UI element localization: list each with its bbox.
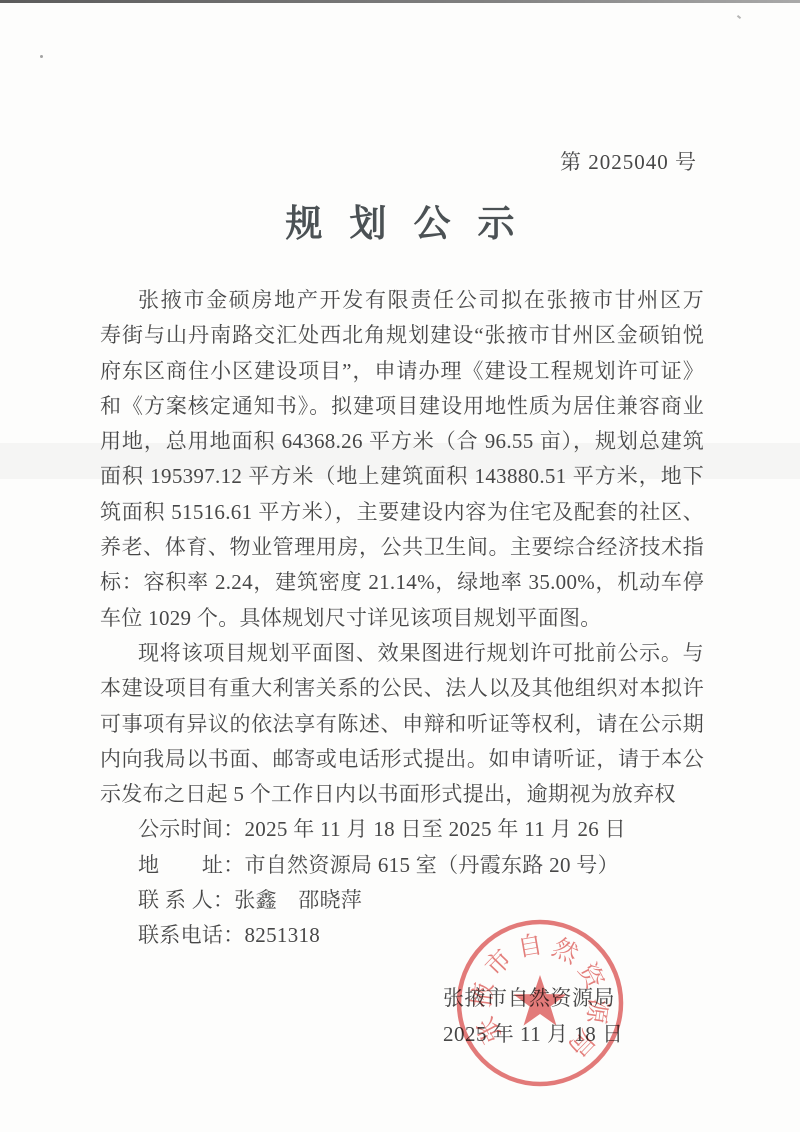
body-line: 筑面积 51516.61 平方米），主要建设内容为住宅及配套的社区、 <box>100 495 704 530</box>
scan-speck <box>737 15 741 19</box>
address-line: 地 址：市自然资源局 615 室（丹霞东路 20 号） <box>100 848 704 883</box>
body-line: 标：容积率 2.24，建筑密度 21.14%，绿地率 35.00%，机动车停 <box>100 565 704 600</box>
body-line: 寿街与山丹南路交汇处西北角规划建设“张掖市甘州区金硕铂悦 <box>100 318 704 353</box>
body-line: 现将该项目规划平面图、效果图进行规划许可批前公示。与 <box>100 636 704 671</box>
svg-text:自: 自 <box>515 930 544 962</box>
page-title: 规划公示 <box>0 202 800 248</box>
scanned-notice-page: 第 2025040 号 规划公示 张掖市金硕房地产开发有限责任公司拟在张掖市甘州… <box>0 0 800 1132</box>
scan-speck <box>40 55 43 58</box>
notice-period-line: 公示时间：2025 年 11 月 18 日至 2025 年 11 月 26 日 <box>100 812 704 847</box>
document-number: 第 2025040 号 <box>560 149 697 175</box>
seal-star-icon <box>513 975 566 1026</box>
official-seal-stamp: 张掖市自然资源局 <box>440 903 640 1103</box>
body-line: 内向我局以书面、邮寄或电话形式提出。如申请听证，请于本公 <box>100 742 704 777</box>
body-line: 和《方案核定通知书》。拟建项目建设用地性质为居住兼容商业 <box>100 389 704 424</box>
scan-edge-artifact <box>0 0 800 3</box>
svg-text:源: 源 <box>581 997 612 1027</box>
body-line: 养老、体育、物业管理用房，公共卫生间。主要综合经济技术指 <box>100 530 704 565</box>
notice-body: 张掖市金硕房地产开发有限责任公司拟在张掖市甘州区万 寿街与山丹南路交汇处西北角规… <box>100 283 704 954</box>
body-line: 府东区商住小区建设项目”，申请办理《建设工程规划许可证》 <box>100 354 704 389</box>
body-line: 本建设项目有重大利害关系的公民、法人以及其他组织对本拟许 <box>100 671 704 706</box>
body-line: 可事项有异议的依法享有陈述、申辩和听证等权利，请在公示期 <box>100 707 704 742</box>
svg-text:市: 市 <box>480 944 518 981</box>
svg-text:局: 局 <box>563 1024 600 1061</box>
body-line: 张掖市金硕房地产开发有限责任公司拟在张掖市甘州区万 <box>100 283 704 318</box>
body-line: 面积 195397.12 平方米（地上建筑面积 143880.51 平方米，地下… <box>100 459 704 494</box>
svg-text:张: 张 <box>471 1012 507 1047</box>
svg-text:掖: 掖 <box>467 981 498 1010</box>
body-line: 示发布之日起 5 个工作日内以书面形式提出，逾期视为放弃权利。 <box>100 777 704 812</box>
body-line: 车位 1029 个。具体规划尺寸详见该项目规划平面图。 <box>100 601 704 636</box>
svg-text:然: 然 <box>548 933 584 970</box>
body-line: 用地，总用地面积 64368.26 平方米（合 96.55 亩），规划总建筑 <box>100 424 704 459</box>
svg-text:资: 资 <box>573 958 610 994</box>
